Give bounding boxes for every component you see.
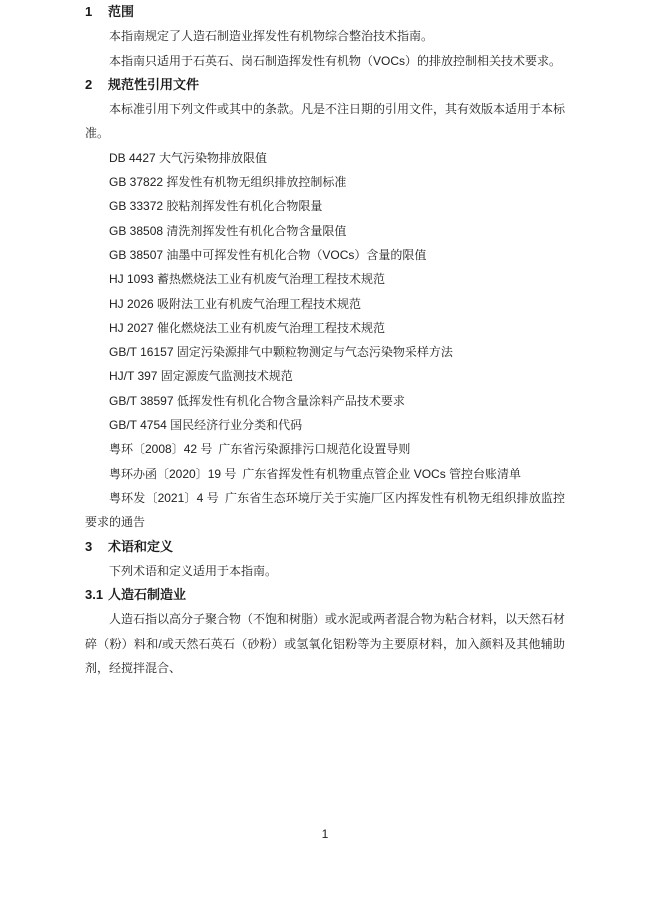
reference-item: GB/T 4754 国民经济行业分类和代码 — [85, 413, 565, 437]
reference-item: HJ 2026 吸附法工业有机废气治理工程技术规范 — [85, 292, 565, 316]
section-3-1-number: 3.1 — [85, 583, 108, 607]
section-1-title: 范围 — [108, 4, 134, 19]
reference-item: GB/T 38597 低挥发性有机化合物含量涂料产品技术要求 — [85, 389, 565, 413]
reference-item: GB 37822 挥发性有机物无组织排放控制标准 — [85, 170, 565, 194]
section-2-number: 2 — [85, 73, 108, 97]
reference-item: GB/T 16157 固定污染源排气中颗粒物测定与气态污染物采样方法 — [85, 340, 565, 364]
section-2-intro: 本标准引用下列文件或其中的条款。凡是不注日期的引用文件，其有效版本适用于本标准。 — [85, 97, 565, 146]
section-3-title: 术语和定义 — [108, 539, 173, 554]
reference-item: 粤环办函〔2020〕19 号 广东省挥发性有机物重点管企业 VOCs 管控台账清… — [85, 462, 565, 486]
reference-item: GB 38507 油墨中可挥发性有机化合物（VOCs）含量的限值 — [85, 243, 565, 267]
section-1-paragraph-2: 本指南只适用于石英石、岗石制造挥发性有机物（VOCs）的排放控制相关技术要求。 — [85, 49, 565, 73]
reference-item: DB 4427 大气污染物排放限值 — [85, 146, 565, 170]
reference-item: GB 38508 清洗剂挥发性有机化合物含量限值 — [85, 219, 565, 243]
section-2-title: 规范性引用文件 — [108, 77, 199, 92]
page-number: 1 — [0, 822, 650, 846]
reference-item: 粤环发〔2021〕4 号 广东省生态环境厅关于实施厂区内挥发性有机物无组织排放监… — [85, 486, 565, 535]
section-3-1-heading: 3.1人造石制造业 — [85, 583, 565, 607]
reference-item: GB 33372 胶粘剂挥发性有机化合物限量 — [85, 194, 565, 218]
document-content: 1范围 本指南规定了人造石制造业挥发性有机物综合整治技术指南。 本指南只适用于石… — [85, 0, 565, 680]
document-page: 1范围 本指南规定了人造石制造业挥发性有机物综合整治技术指南。 本指南只适用于石… — [0, 0, 650, 919]
reference-item: HJ 2027 催化燃烧法工业有机废气治理工程技术规范 — [85, 316, 565, 340]
section-1-heading: 1范围 — [85, 0, 565, 24]
section-3-1-title: 人造石制造业 — [108, 587, 186, 602]
reference-item: HJ/T 397 固定源废气监测技术规范 — [85, 364, 565, 388]
section-3-intro: 下列术语和定义适用于本指南。 — [85, 559, 565, 583]
section-3-heading: 3术语和定义 — [85, 535, 565, 559]
section-3-number: 3 — [85, 535, 108, 559]
section-1-paragraph-1: 本指南规定了人造石制造业挥发性有机物综合整治技术指南。 — [85, 24, 565, 48]
section-3-1-paragraph: 人造石指以高分子聚合物（不饱和树脂）或水泥或两者混合物为粘合材料，以天然石材碎（… — [85, 607, 565, 680]
reference-item: 粤环〔2008〕42 号 广东省污染源排污口规范化设置导则 — [85, 437, 565, 461]
section-2-heading: 2规范性引用文件 — [85, 73, 565, 97]
reference-item: HJ 1093 蓄热燃烧法工业有机废气治理工程技术规范 — [85, 267, 565, 291]
section-1-number: 1 — [85, 0, 108, 24]
